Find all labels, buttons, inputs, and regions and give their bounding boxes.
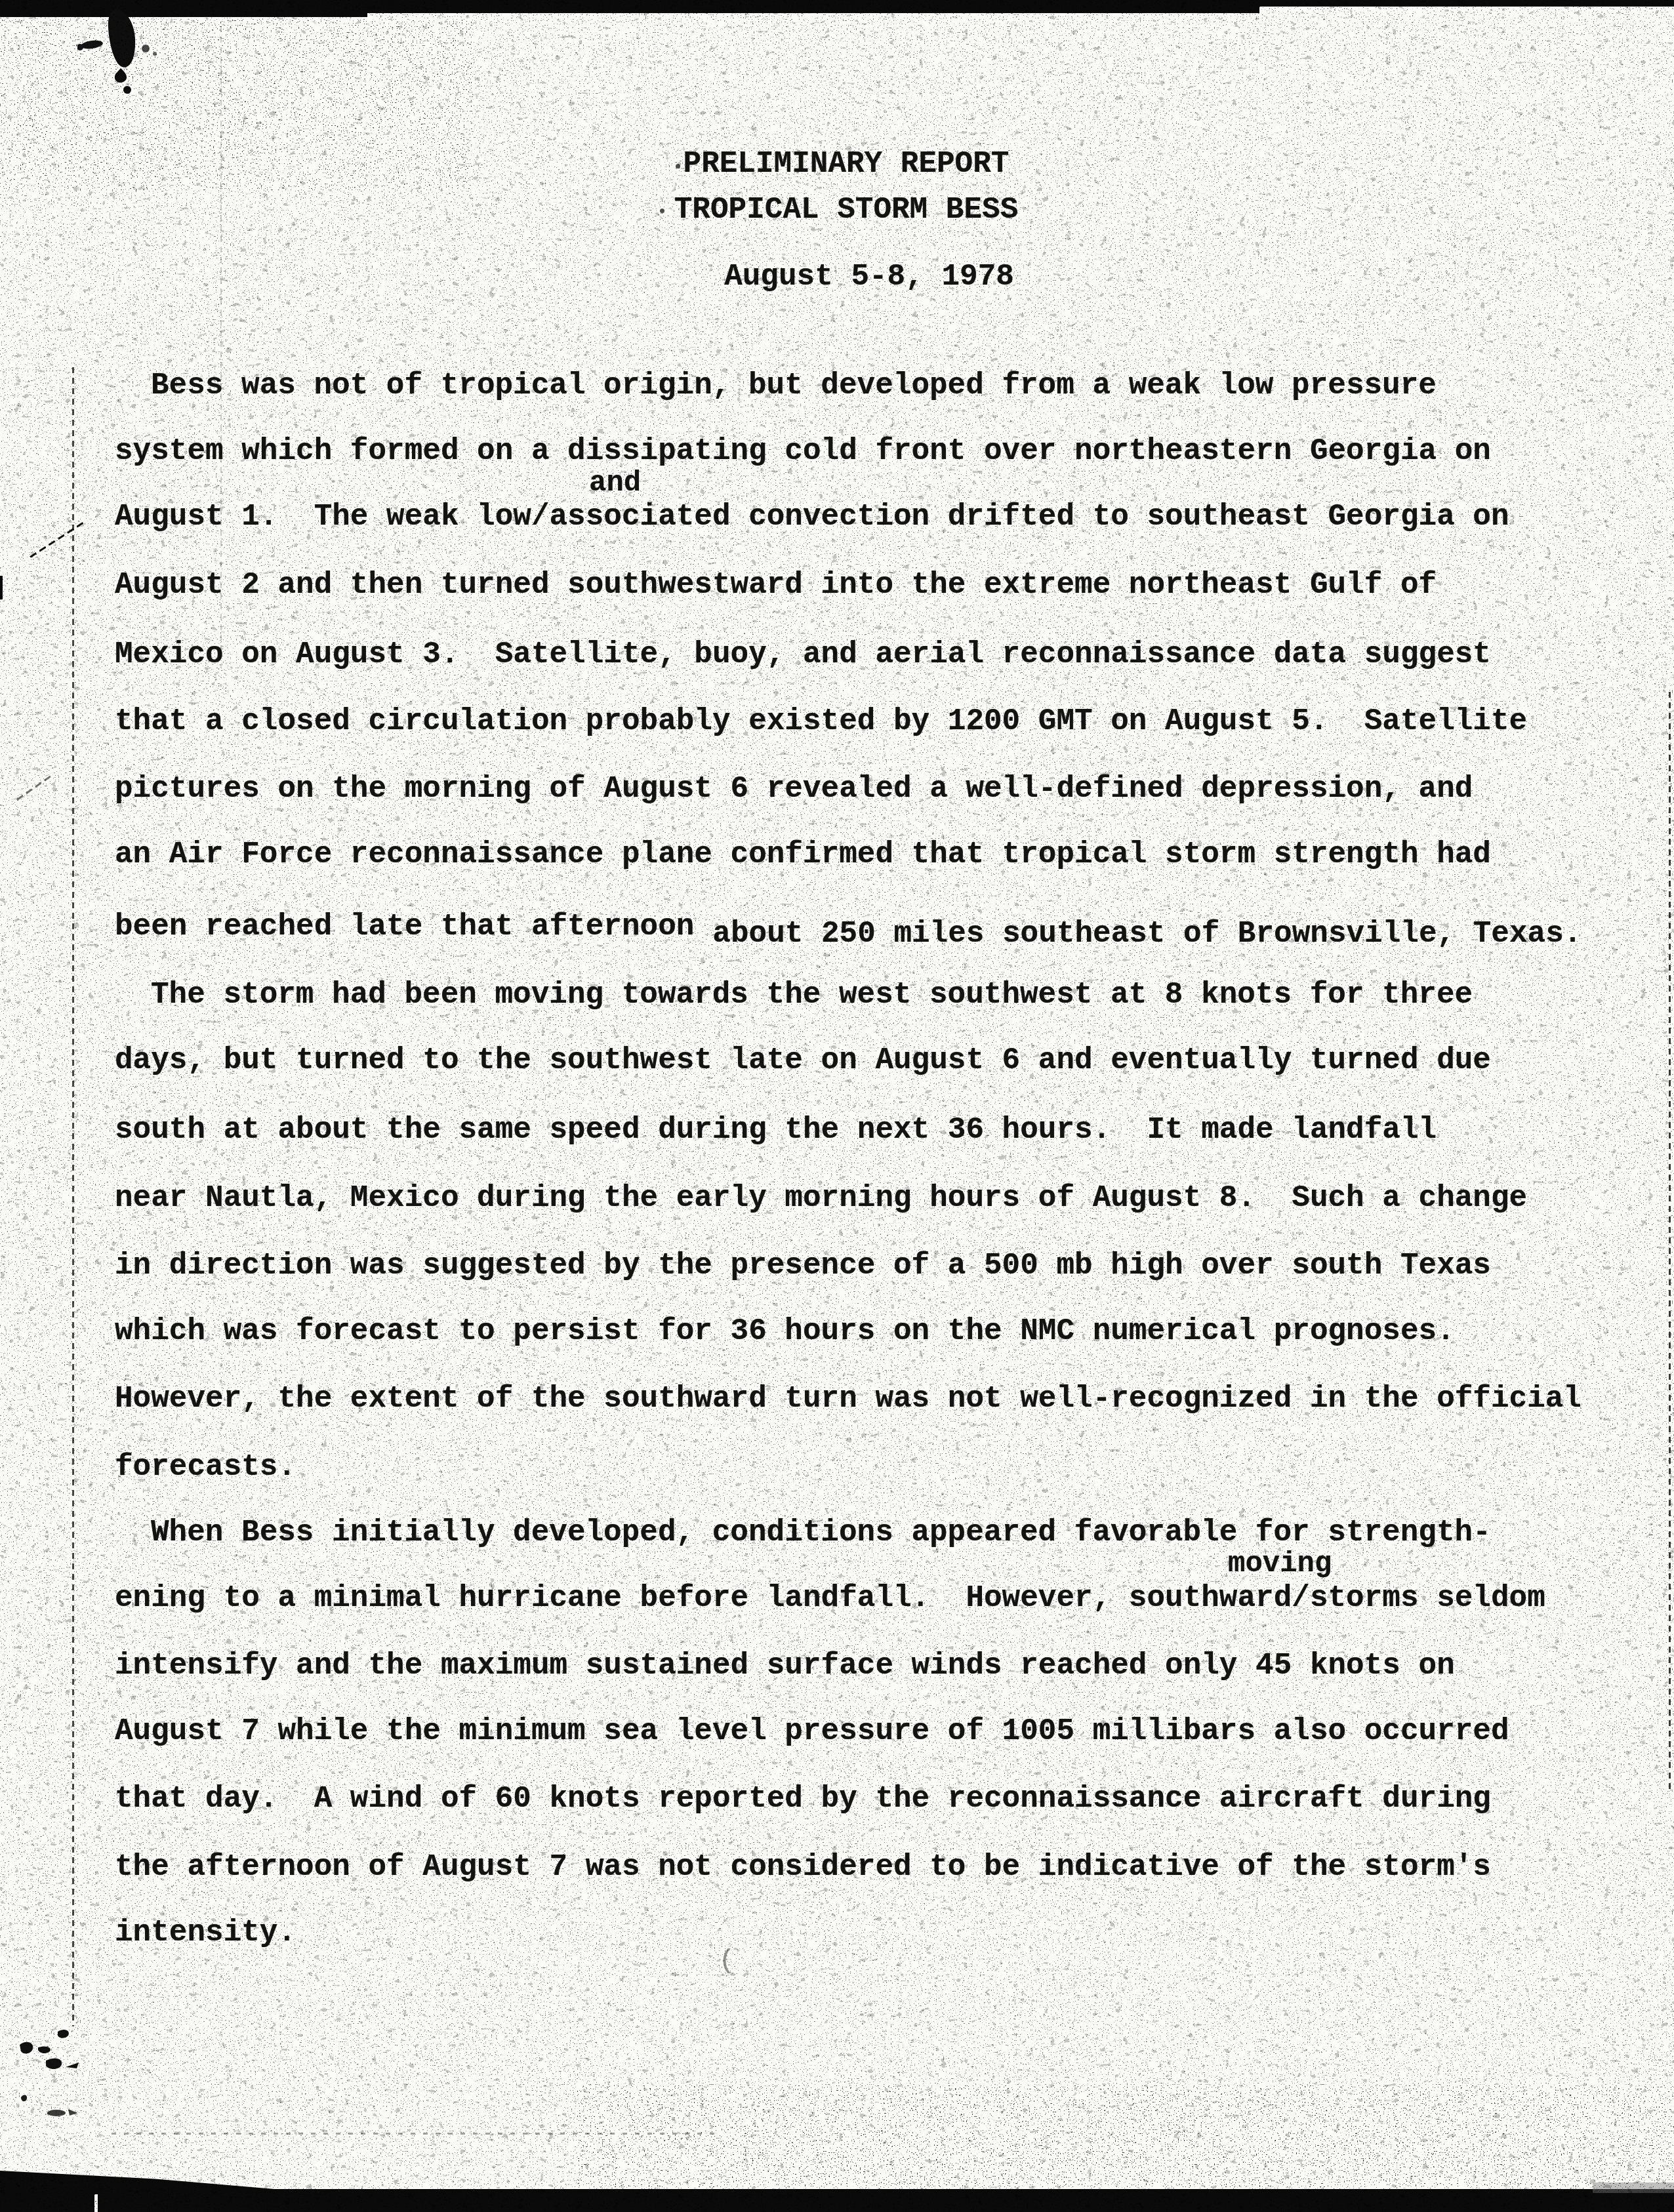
typed-insertion-and: and xyxy=(589,467,641,500)
body-line: that a closed circulation probably exist… xyxy=(115,704,1527,738)
body-line: forecasts. xyxy=(115,1450,296,1484)
left-edge-tick xyxy=(0,576,3,599)
diagonal-pen-mark xyxy=(30,522,83,558)
body-line-segment: been reached late that afternoon xyxy=(115,910,694,944)
body-line: Bess was not of tropical origin, but dev… xyxy=(115,369,1437,403)
scan-band-notch xyxy=(94,2194,98,2212)
body-line: The storm had been moving towards the we… xyxy=(115,978,1473,1012)
scan-edge-top-mid xyxy=(341,0,1259,13)
body-line: near Nautla, Mexico during the early mor… xyxy=(115,1181,1527,1215)
bottom-dotted-rule xyxy=(112,2133,722,2135)
body-line-offset-segment: about 250 miles southeast of Brownsville… xyxy=(712,917,1582,951)
body-line: August 7 while the minimum sea level pre… xyxy=(115,1714,1509,1748)
body-line: days, but turned to the southwest late o… xyxy=(115,1043,1491,1077)
body-line: August 2 and then turned southwestward i… xyxy=(115,568,1437,602)
body-line: an Air Force reconnaissance plane confir… xyxy=(115,837,1491,872)
diagonal-pen-mark-2 xyxy=(16,774,53,800)
left-margin-broken-line xyxy=(72,367,74,2026)
date-line: August 5-8, 1978 xyxy=(724,260,1014,294)
stray-dot-title1 xyxy=(676,164,680,169)
body-line: However, the extent of the southward tur… xyxy=(115,1382,1582,1416)
body-line: pictures on the morning of August 6 reve… xyxy=(115,772,1473,806)
body-line: ening to a minimal hurricane before land… xyxy=(115,1581,1545,1615)
fold-line-faint xyxy=(220,26,222,656)
report-type-title: PRELIMINARY REPORT xyxy=(684,147,1010,181)
body-line: August 1. The weak low/associated convec… xyxy=(115,500,1509,534)
scan-edge-top-right xyxy=(1233,0,1674,7)
body-line: that day. A wind of 60 knots reported by… xyxy=(115,1782,1491,1816)
scan-edge-top-left xyxy=(0,0,367,17)
stray-dot-title2 xyxy=(660,209,664,213)
scan-band-gray-tail xyxy=(1593,2182,1674,2193)
body-line: intensity. xyxy=(115,1916,296,1950)
body-line: in direction was suggested by the presen… xyxy=(115,1249,1491,1283)
body-line: the afternoon of August 7 was not consid… xyxy=(115,1850,1491,1884)
body-line: intensify and the maximum sustained surf… xyxy=(115,1649,1455,1683)
stray-paren-mark: ( xyxy=(719,1945,735,1979)
scanned-report-page: PRELIMINARY REPORT TROPICAL STORM BESS A… xyxy=(0,0,1674,2212)
typed-insertion-moving: moving xyxy=(1228,1548,1332,1580)
ink-marks-bottom-left xyxy=(5,1994,110,2138)
storm-name-title: TROPICAL STORM BESS xyxy=(674,193,1019,227)
right-margin-broken-line xyxy=(1669,692,1671,1794)
body-line: When Bess initially developed, condition… xyxy=(115,1516,1491,1550)
ink-blob-top-left xyxy=(77,5,182,104)
body-line: system which formed on a dissipating col… xyxy=(115,434,1491,468)
body-line: Mexico on August 3. Satellite, buoy, and… xyxy=(115,637,1491,672)
body-line: which was forecast to persist for 36 hou… xyxy=(115,1314,1455,1348)
body-line: been reached late that afternoonabout 25… xyxy=(115,910,1582,944)
scan-edge-bottom-left xyxy=(0,2171,282,2212)
body-line: south at about the same speed during the… xyxy=(115,1113,1437,1147)
